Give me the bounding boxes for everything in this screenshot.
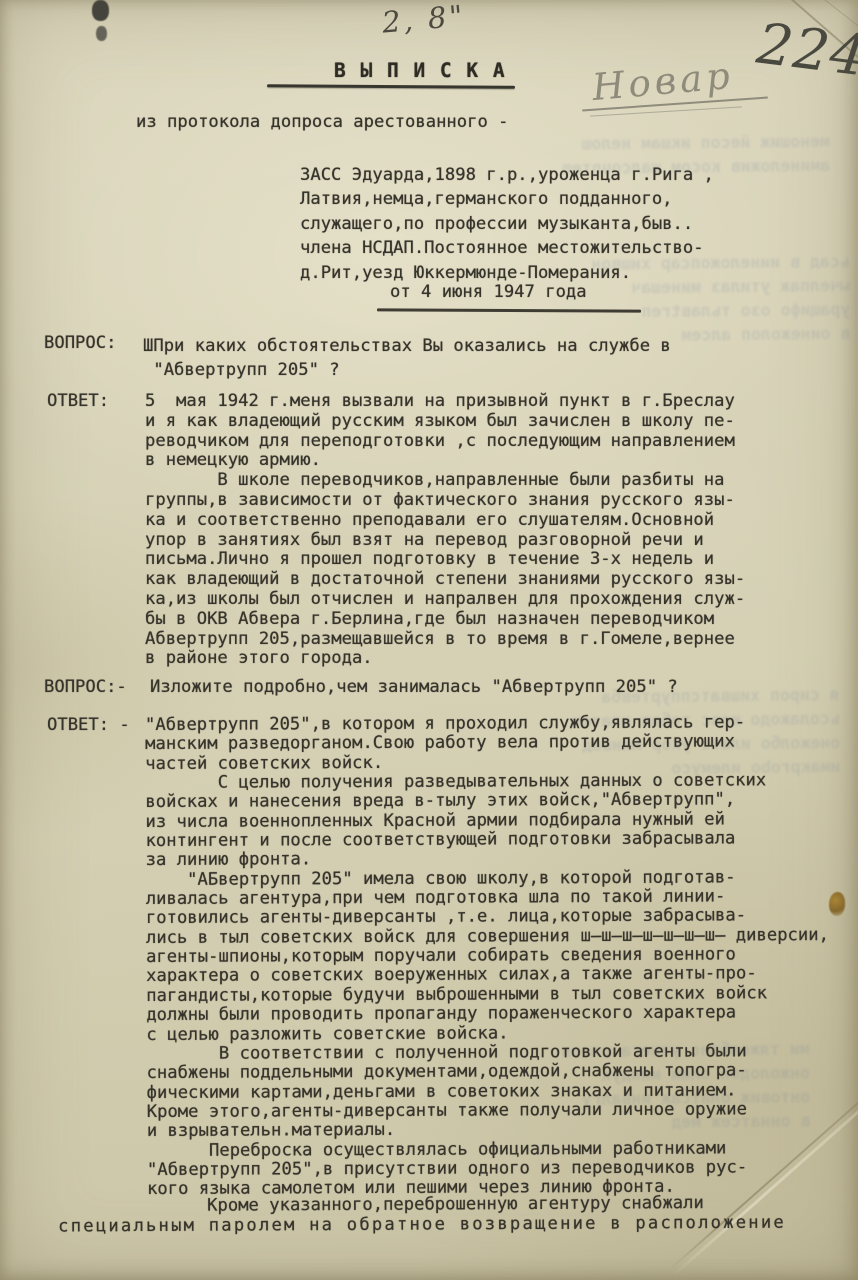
answer-1-label: ОТВЕТ: [47, 392, 109, 412]
text-line: группы,в зависимости от фактического зна… [145, 491, 745, 511]
question-2-label: ВОПРОС:- [44, 678, 127, 698]
answer-2-label: ОТВЕТ: - [47, 716, 130, 736]
text-line: специальным паролем на обратное возвраще… [58, 1213, 786, 1236]
question-1-label: ВОПРОС: [44, 334, 116, 354]
text-line: Изложите подробно,чем занималась "Абверт… [150, 678, 678, 698]
ink-speck [92, 0, 109, 21]
answer-2-final-paragraph: Кроме указанного,переброшенную агентуру … [145, 1194, 786, 1236]
ink-speck [96, 26, 107, 41]
title-underline [267, 84, 515, 89]
handwritten-page-note: 2, 8" [381, 0, 467, 40]
text-line: манским разведорганом.Свою работу вела п… [145, 732, 828, 754]
document-title: В Ы П И С К А [334, 59, 506, 82]
text-line: 5 мая 1942 г.меня вызвали на призывной п… [145, 392, 745, 412]
text-line: члена НСДАП.Постоянное местожительство- [300, 236, 714, 260]
question-2-text: Изложите подробно,чем занималась "Абверт… [150, 678, 678, 698]
handwritten-folio-number: 224 [753, 12, 858, 90]
text-line: письма.Лично я прошел подготовку в течен… [145, 550, 745, 570]
scanned-protocol-page: меношиж йесоп икшам нелош аминеложив кос… [0, 0, 858, 1280]
text-line: в районе этого города. [145, 649, 745, 669]
text-line: Латвия,немца,германского подданного, [300, 187, 714, 211]
text-line: контингент и после соответствующей подго… [146, 829, 829, 851]
text-line: ка и соответственно преподавали его слуш… [145, 511, 745, 531]
text-line: и я как владеющий русским языком был зач… [145, 412, 745, 432]
answer-1-text: 5 мая 1942 г.меня вызвали на призывной п… [145, 392, 745, 669]
text-line: должны были проводить пропаганду поражен… [146, 1003, 829, 1025]
protocol-date: от 4 июня 1947 года [390, 283, 587, 303]
text-line: "Абвертрупп 205" ? [143, 358, 671, 382]
text-line: как владеющий в достаточной степени знан… [145, 570, 745, 590]
text-line: Абвертрупп 205,размещавшейся в то время … [145, 630, 745, 650]
document-subtitle: из протокола допроса арестованного - [136, 113, 509, 133]
text-line: ка,из школы был отчислен и напралвен для… [145, 590, 745, 610]
text-line: служащего,по профессии музыканта,быв.. [300, 212, 714, 236]
text-line: в немецкую армию. [145, 451, 745, 471]
text-line: В школе переводчиков,направленные были р… [145, 471, 745, 491]
person-details: ЗАСС Эдуарда,1898 г.р.,уроженца г.Рига ,… [300, 163, 714, 285]
text-line: упор в занятиях был взят на перевод разг… [145, 531, 745, 551]
text-line: Кроме этого,агенты-диверсанты также полу… [147, 1100, 830, 1122]
text-line: реводчиком для переподготовки ,с последу… [145, 432, 745, 452]
text-line: ШПри каких обстоятельствах Вы оказались … [143, 334, 671, 358]
text-line: ЗАСС Эдуарда,1898 г.р.,уроженца г.Рига , [300, 163, 714, 187]
text-line: бы в ОКВ Абвера г.Берлина,где был назнач… [145, 610, 745, 630]
question-1-text: ШПри каких обстоятельствах Вы оказались … [143, 334, 671, 382]
ink-stain [829, 892, 845, 916]
text-line: войсках и нанесения вреда в-тылу этих во… [145, 790, 828, 812]
answer-2-text: "Абвертрупп 205",в котором я проходил сл… [145, 713, 830, 1200]
